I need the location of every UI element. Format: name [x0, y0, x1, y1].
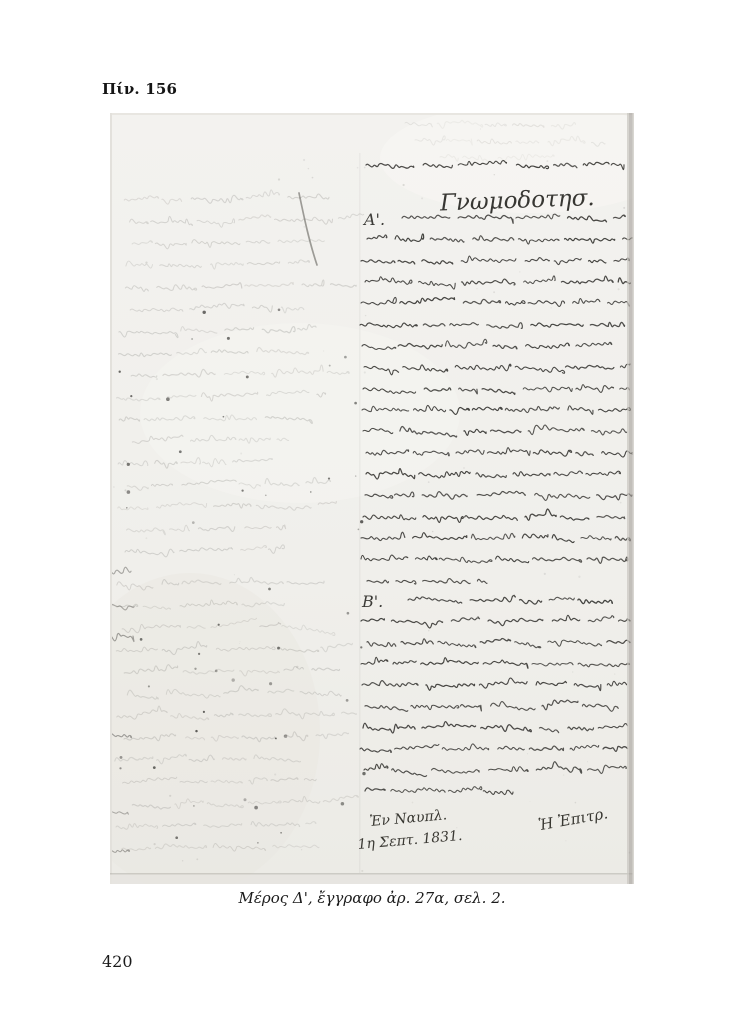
- manuscript-scan: Γνωμοδοτησ. Α'. Β'. Ἐν Ναυπλ. 1η Σεπτ. 1…: [110, 113, 634, 884]
- plate-label: Πίν. 156: [102, 80, 177, 98]
- manuscript-heading: Γνωμοδοτησ.: [439, 185, 596, 216]
- section-a-marker: Α'.: [362, 210, 385, 229]
- figure-caption: Μέρος Δ', ἔγγραφο ἀρ. 27α, σελ. 2.: [110, 889, 634, 907]
- manuscript-photo: Γνωμοδοτησ. Α'. Β'. Ἐν Ναυπλ. 1η Σεπτ. 1…: [110, 113, 634, 884]
- section-b-marker: Β'.: [361, 592, 383, 611]
- page-number: 420: [102, 952, 133, 971]
